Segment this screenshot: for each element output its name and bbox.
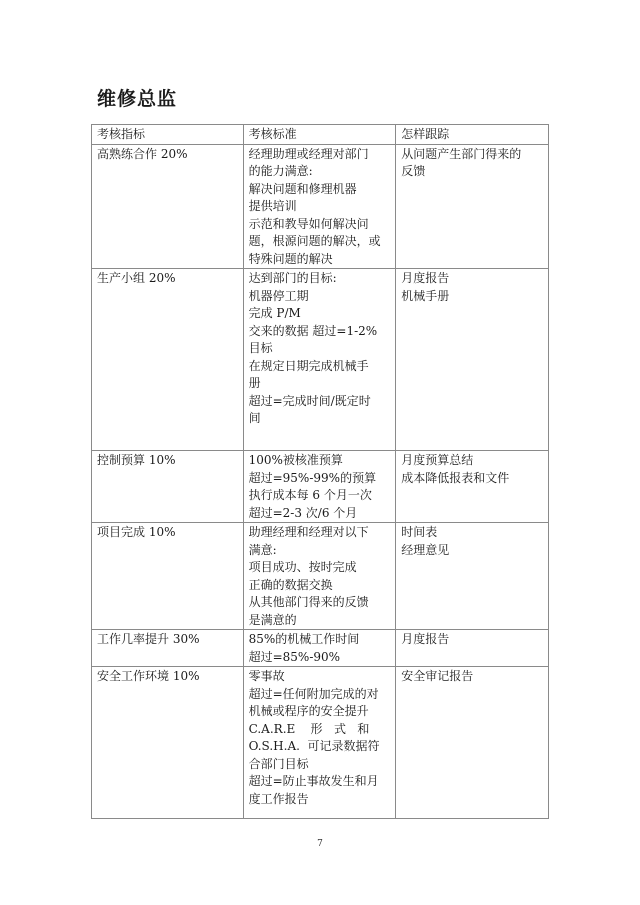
criteria-line: 超过=2-3 次/6 个月 — [249, 505, 391, 523]
criteria-line: 超过=防止事故发生和月 — [249, 773, 391, 791]
tracking-line: 机械手册 — [401, 288, 543, 306]
tracking-cell: 月度预算总结 成本降低报表和文件 — [396, 451, 549, 523]
page-title: 维修总监 — [97, 84, 177, 111]
table-row: 安全工作环境 10% 零事故 超过=任何附加完成的对 机械或程序的安全提升 C.… — [92, 667, 549, 819]
criteria-line: 满意: — [249, 542, 391, 560]
criteria-line: 交来的数据 超过=1-2% — [249, 323, 391, 341]
criteria-line: 助理经理和经理对以下 — [249, 524, 391, 542]
tracking-line: 从问题产生部门得来的 — [401, 146, 543, 164]
kpi-table: 考核指标 考核标准 怎样跟踪 高熟练合作 20% 经理助理或经理对部门 的能力满… — [91, 124, 549, 819]
criteria-cell: 85%的机械工作时间 超过=85%-90% — [243, 630, 396, 667]
criteria-cell: 零事故 超过=任何附加完成的对 机械或程序的安全提升 C.A.R.E 形 式 和… — [243, 667, 396, 819]
criteria-line: 100%被核准预算 — [249, 452, 391, 470]
criteria-line: 达到部门的目标: — [249, 270, 391, 288]
table-row: 工作几率提升 30% 85%的机械工作时间 超过=85%-90% 月度报告 — [92, 630, 549, 667]
criteria-line: 经理助理或经理对部门 — [249, 146, 391, 164]
tracking-line: 成本降低报表和文件 — [401, 470, 543, 488]
criteria-line: 完成 P/M — [249, 305, 391, 323]
criteria-line: 题，根源问题的解决，或 — [249, 233, 391, 251]
tracking-line: 时间表 — [401, 524, 543, 542]
criteria-cell: 100%被核准预算 超过=95%-99%的预算 执行成本每 6 个月一次 超过=… — [243, 451, 396, 523]
criteria-line: 特殊问题的解决 — [249, 251, 391, 269]
criteria-line: O.S.H.A. 可记录数据符 — [249, 738, 391, 756]
table-row: 控制预算 10% 100%被核准预算 超过=95%-99%的预算 执行成本每 6… — [92, 451, 549, 523]
criteria-line: 在规定日期完成机械手 — [249, 358, 391, 376]
table-row: 高熟练合作 20% 经理助理或经理对部门 的能力满意: 解决问题和修理机器 提供… — [92, 144, 549, 269]
indicator-cell: 安全工作环境 10% — [92, 667, 244, 819]
criteria-line: 的能力满意: — [249, 163, 391, 181]
indicator-cell: 高熟练合作 20% — [92, 144, 244, 269]
indicator-cell: 项目完成 10% — [92, 523, 244, 630]
criteria-line: 超过=完成时间/既定时 — [249, 393, 391, 411]
tracking-line: 月度报告 — [401, 631, 543, 649]
criteria-line: 正确的数据交换 — [249, 577, 391, 595]
tracking-cell: 时间表 经理意见 — [396, 523, 549, 630]
criteria-cell: 达到部门的目标: 机器停工期 完成 P/M 交来的数据 超过=1-2% 目标 在… — [243, 269, 396, 451]
tracking-cell: 月度报告 机械手册 — [396, 269, 549, 451]
indicator-cell: 控制预算 10% — [92, 451, 244, 523]
indicator-cell: 生产小组 20% — [92, 269, 244, 451]
header-indicator: 考核指标 — [92, 125, 244, 145]
criteria-line: 合部门目标 — [249, 756, 391, 774]
criteria-line: 执行成本每 6 个月一次 — [249, 487, 391, 505]
tracking-cell: 从问题产生部门得来的 反馈 — [396, 144, 549, 269]
tracking-cell: 安全审记报告 — [396, 667, 549, 819]
criteria-line: 超过=85%-90% — [249, 649, 391, 667]
table-row: 生产小组 20% 达到部门的目标: 机器停工期 完成 P/M 交来的数据 超过=… — [92, 269, 549, 451]
criteria-line: 提供培训 — [249, 198, 391, 216]
criteria-line: 零事故 — [249, 668, 391, 686]
tracking-line: 月度报告 — [401, 270, 543, 288]
criteria-line: 超过=95%-99%的预算 — [249, 470, 391, 488]
tracking-cell: 月度报告 — [396, 630, 549, 667]
header-criteria: 考核标准 — [243, 125, 396, 145]
tracking-line: 安全审记报告 — [401, 668, 543, 686]
tracking-line: 月度预算总结 — [401, 452, 543, 470]
criteria-line: C.A.R.E 形 式 和 — [249, 721, 391, 739]
criteria-line: 从其他部门得来的反馈 — [249, 594, 391, 612]
page-number: 7 — [0, 839, 640, 849]
criteria-line: 度工作报告 — [249, 791, 391, 809]
criteria-line: 是满意的 — [249, 612, 391, 630]
criteria-line: 间 — [249, 410, 391, 428]
indicator-cell: 工作几率提升 30% — [92, 630, 244, 667]
table-row: 项目完成 10% 助理经理和经理对以下 满意: 项目成功、按时完成 正确的数据交… — [92, 523, 549, 630]
criteria-line: 册 — [249, 375, 391, 393]
criteria-line: 示范和教导如何解决问 — [249, 216, 391, 234]
criteria-line: 85%的机械工作时间 — [249, 631, 391, 649]
criteria-line: 机器停工期 — [249, 288, 391, 306]
criteria-cell: 助理经理和经理对以下 满意: 项目成功、按时完成 正确的数据交换 从其他部门得来… — [243, 523, 396, 630]
criteria-line: 解决问题和修理机器 — [249, 181, 391, 199]
criteria-line: 目标 — [249, 340, 391, 358]
tracking-line: 反馈 — [401, 163, 543, 181]
criteria-line: 项目成功、按时完成 — [249, 559, 391, 577]
criteria-cell: 经理助理或经理对部门 的能力满意: 解决问题和修理机器 提供培训 示范和教导如何… — [243, 144, 396, 269]
tracking-line: 经理意见 — [401, 542, 543, 560]
criteria-line: 超过=任何附加完成的对 — [249, 686, 391, 704]
header-tracking: 怎样跟踪 — [396, 125, 549, 145]
table-header-row: 考核指标 考核标准 怎样跟踪 — [92, 125, 549, 145]
criteria-line: 机械或程序的安全提升 — [249, 703, 391, 721]
